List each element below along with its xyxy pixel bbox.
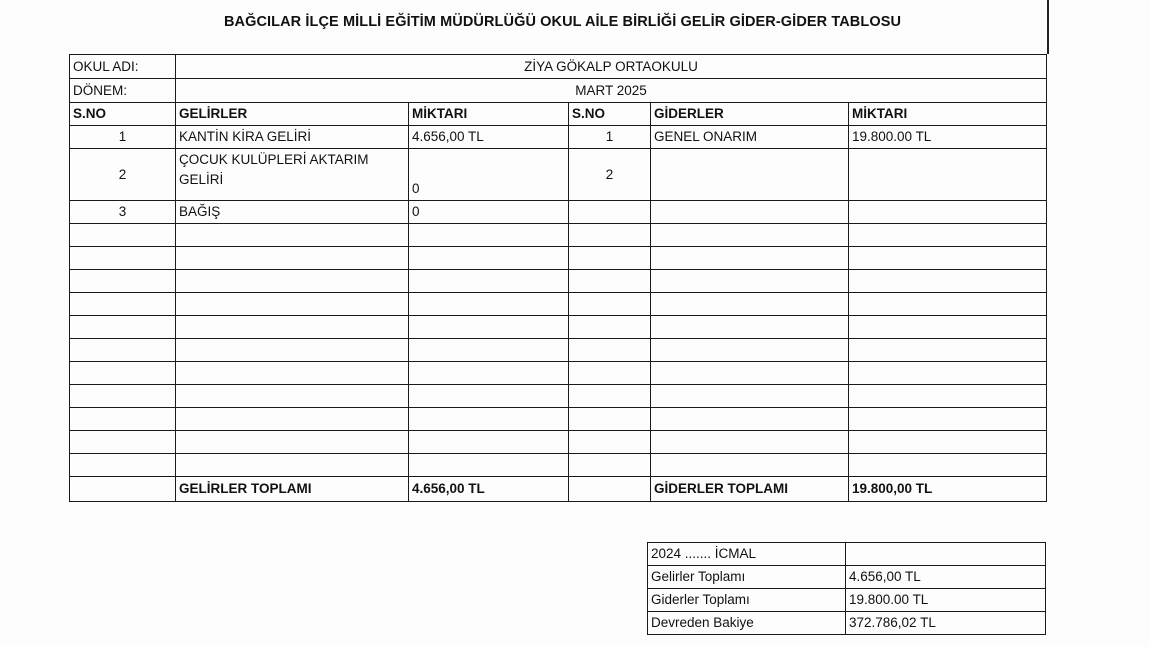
empty-cell (569, 316, 651, 339)
empty-cell (176, 247, 409, 270)
empty-cell (70, 408, 176, 431)
empty-table-row (70, 270, 1047, 293)
school-row: OKUL ADI: ZİYA GÖKALP ORTAOKULU (70, 55, 1047, 79)
empty-cell (651, 408, 849, 431)
empty-table-row (70, 316, 1047, 339)
empty-table-row (70, 385, 1047, 408)
document-title: BAĞCILAR İLÇE MİLLİ EĞİTİM MÜDÜRLÜĞÜ OKU… (0, 14, 1125, 30)
empty-cell (569, 247, 651, 270)
school-value: ZİYA GÖKALP ORTAOKULU (176, 55, 1047, 79)
expense-name (651, 201, 849, 224)
empty-cell (849, 224, 1047, 247)
header-expense-no: S.NO (569, 103, 651, 126)
empty-cell (569, 362, 651, 385)
summary-value: 372.786,02 TL (846, 612, 1046, 635)
summary-label: Giderler Toplamı (648, 589, 846, 612)
empty-cell (176, 316, 409, 339)
expense-amount (849, 201, 1047, 224)
empty-cell (651, 431, 849, 454)
income-amount: 0 (409, 149, 569, 201)
expense-name (651, 149, 849, 201)
empty-cell (176, 385, 409, 408)
empty-cell (409, 362, 569, 385)
empty-cell (569, 408, 651, 431)
empty-cell (176, 339, 409, 362)
empty-cell (70, 454, 176, 477)
empty-cell (569, 454, 651, 477)
table-row: 1 KANTİN KİRA GELİRİ 4.656,00 TL 1 GENEL… (70, 126, 1047, 149)
empty-table-row (70, 247, 1047, 270)
empty-cell (569, 270, 651, 293)
empty-table-row (70, 224, 1047, 247)
summary-title-value (846, 543, 1046, 566)
empty-cell (849, 270, 1047, 293)
summary-title-row: 2024 ....... İCMAL (648, 543, 1046, 566)
empty-cell (176, 293, 409, 316)
empty-cell (569, 431, 651, 454)
empty-cell (651, 454, 849, 477)
income-expense-table: OKUL ADI: ZİYA GÖKALP ORTAOKULU DÖNEM: M… (69, 54, 1047, 502)
summary-value: 4.656,00 TL (846, 566, 1046, 589)
empty-cell (849, 293, 1047, 316)
empty-cell (176, 270, 409, 293)
empty-cell (569, 293, 651, 316)
empty-cell (70, 339, 176, 362)
empty-cell (651, 270, 849, 293)
summary-row: Devreden Bakiye 372.786,02 TL (648, 612, 1046, 635)
empty-cell (849, 431, 1047, 454)
empty-cell (176, 431, 409, 454)
empty-cell (409, 247, 569, 270)
income-total-value: 4.656,00 TL (409, 477, 569, 502)
summary-table: 2024 ....... İCMAL Gelirler Toplamı 4.65… (647, 542, 1046, 635)
table-row: 3 BAĞIŞ 0 (70, 201, 1047, 224)
empty-cell (176, 362, 409, 385)
empty-cell (409, 270, 569, 293)
empty-table-row (70, 293, 1047, 316)
empty-cell (70, 293, 176, 316)
income-amount: 4.656,00 TL (409, 126, 569, 149)
empty-cell (70, 247, 176, 270)
period-value: MART 2025 (176, 79, 1047, 103)
summary-title: 2024 ....... İCMAL (648, 543, 846, 566)
empty-cell (849, 385, 1047, 408)
empty-cell (409, 385, 569, 408)
table-row: 2 ÇOCUK KULÜPLERİ AKTARIM GELİRİ 0 2 (70, 149, 1047, 201)
expense-amount (849, 149, 1047, 201)
empty-cell (409, 408, 569, 431)
header-expense-name: GİDERLER (651, 103, 849, 126)
school-label: OKUL ADI: (70, 55, 176, 79)
empty-table-row (70, 454, 1047, 477)
expense-no: 1 (569, 126, 651, 149)
income-amount: 0 (409, 201, 569, 224)
empty-cell (409, 339, 569, 362)
empty-cell (849, 362, 1047, 385)
empty-cell (651, 385, 849, 408)
header-income-no: S.NO (70, 103, 176, 126)
empty-cell (651, 224, 849, 247)
expense-no: 2 (569, 149, 651, 201)
header-income-amount: MİKTARI (409, 103, 569, 126)
header-row: S.NO GELİRLER MİKTARI S.NO GİDERLER MİKT… (70, 103, 1047, 126)
expense-amount: 19.800.00 TL (849, 126, 1047, 149)
empty-table-row (70, 339, 1047, 362)
empty-cell (569, 385, 651, 408)
empty-cell (176, 454, 409, 477)
expense-name: GENEL ONARIM (651, 126, 849, 149)
totals-row: GELİRLER TOPLAMI 4.656,00 TL GİDERLER TO… (70, 477, 1047, 502)
summary-row: Gelirler Toplamı 4.656,00 TL (648, 566, 1046, 589)
empty-cell (70, 316, 176, 339)
header-expense-amount: MİKTARI (849, 103, 1047, 126)
summary-row: Giderler Toplamı 19.800.00 TL (648, 589, 1046, 612)
income-total-label: GELİRLER TOPLAMI (176, 477, 409, 502)
empty-cell (70, 385, 176, 408)
empty-cell (176, 408, 409, 431)
empty-cell (651, 362, 849, 385)
empty-cell (651, 316, 849, 339)
totals-empty-cell (70, 477, 176, 502)
empty-cell (409, 293, 569, 316)
income-no: 3 (70, 201, 176, 224)
header-income-name: GELİRLER (176, 103, 409, 126)
empty-cell (409, 431, 569, 454)
empty-cell (70, 270, 176, 293)
summary-label: Gelirler Toplamı (648, 566, 846, 589)
empty-cell (409, 454, 569, 477)
empty-cell (849, 339, 1047, 362)
summary-value: 19.800.00 TL (846, 589, 1046, 612)
empty-cell (849, 454, 1047, 477)
empty-cell (70, 362, 176, 385)
empty-cell (849, 408, 1047, 431)
empty-table-row (70, 362, 1047, 385)
empty-cell (651, 339, 849, 362)
period-row: DÖNEM: MART 2025 (70, 79, 1047, 103)
summary-label: Devreden Bakiye (648, 612, 846, 635)
income-no: 1 (70, 126, 176, 149)
expense-total-value: 19.800,00 TL (849, 477, 1047, 502)
empty-cell (70, 224, 176, 247)
empty-cell (409, 316, 569, 339)
income-name: KANTİN KİRA GELİRİ (176, 126, 409, 149)
empty-cell (569, 339, 651, 362)
totals-empty-cell (569, 477, 651, 502)
empty-cell (176, 224, 409, 247)
empty-cell (409, 224, 569, 247)
empty-cell (651, 293, 849, 316)
empty-cell (849, 316, 1047, 339)
empty-cell (849, 247, 1047, 270)
period-label: DÖNEM: (70, 79, 176, 103)
empty-table-row (70, 431, 1047, 454)
expense-no (569, 201, 651, 224)
empty-cell (70, 431, 176, 454)
income-name: ÇOCUK KULÜPLERİ AKTARIM GELİRİ (176, 149, 409, 201)
empty-cell (651, 247, 849, 270)
expense-total-label: GİDERLER TOPLAMI (651, 477, 849, 502)
income-name: BAĞIŞ (176, 201, 409, 224)
empty-cell (569, 224, 651, 247)
income-no: 2 (70, 149, 176, 201)
empty-table-row (70, 408, 1047, 431)
